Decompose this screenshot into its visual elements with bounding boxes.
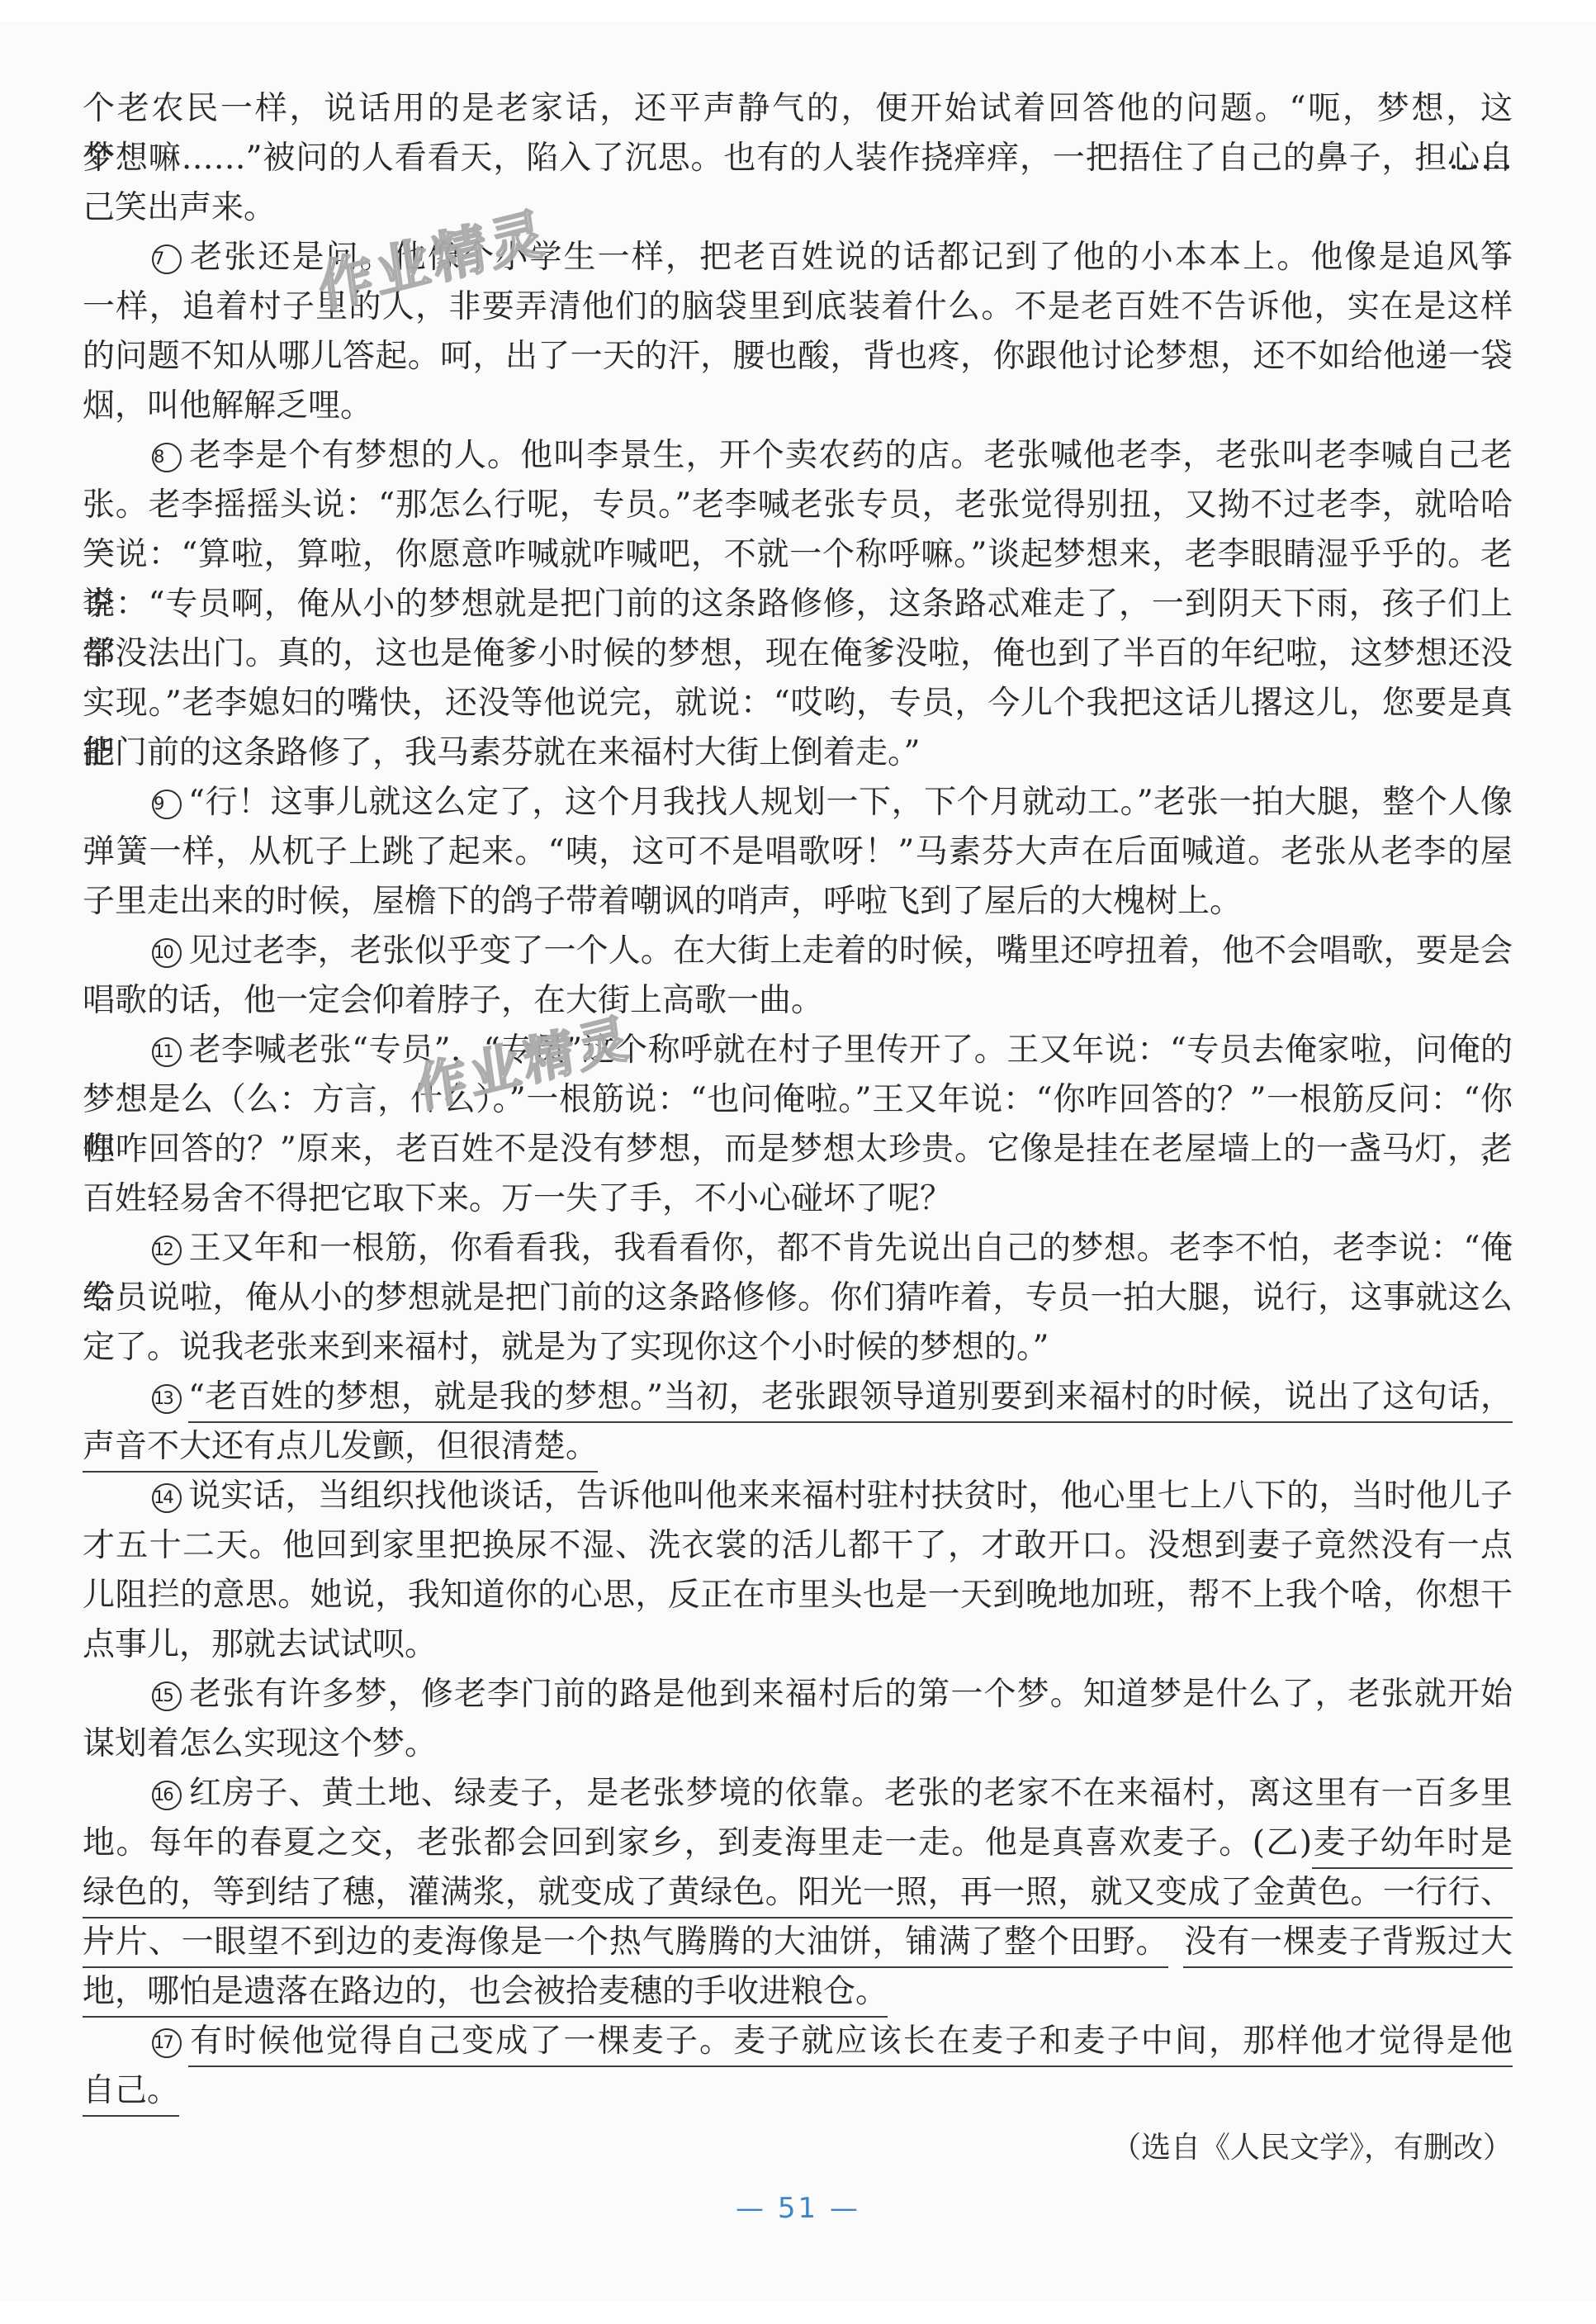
text-segment: 梦想嘛……”被问的人看看天，陷入了沉思。也有的人装作挠痒痒，一把捂住了自己的鼻子… xyxy=(83,140,1513,177)
text-segment: 老张有许多梦，修老李门前的路是他到来福村后的第一个梦。知道梦是什么了，老张就开始 xyxy=(188,1676,1513,1713)
text-line: 弹簧一样，从杌子上跳了起来。“咦，这可不是唱歌呀！”马素芬大声在后面喊道。老张从… xyxy=(83,828,1513,877)
text-line: 14说实话，当组织找他谈话，告诉他叫他来来福村驻村扶贫时，他心里七上八下的，当时… xyxy=(83,1472,1513,1521)
scanned-page: 作业精灵 作业精灵 个老农民一样，说话用的是老家话，还平声静气的，便开始试着回答… xyxy=(0,21,1596,2301)
source-attribution: （选自《人民文学》，有删改） xyxy=(1111,2124,1513,2166)
text-line: 12王又年和一根筋，你看看我，我看看你，都不肯先说出自己的梦想。老李不怕，老李说… xyxy=(83,1224,1513,1273)
text-line: 梦想是么（么：方言，什么）。”一根筋说：“也问俺啦。”王又年说：“你咋回答的？”… xyxy=(83,1075,1513,1125)
text-line: 11老李喊老张“专员”，“专员”这个称呼就在村子里传开了。王又年说：“专员去俺家… xyxy=(83,1026,1513,1075)
text-segment: 己笑出声来。 xyxy=(83,189,276,226)
text-line: 绿色的，等到结了穗，灌满浆，就变成了黄绿色。阳光一照，再一照，就又变成了金黄色。… xyxy=(83,1868,1513,1918)
underlined-text: 麦子幼年时是 xyxy=(1312,1824,1513,1869)
paragraph-number-badge: 15 xyxy=(152,1681,182,1711)
text-line: 15老张有许多梦，修老李门前的路是他到来福村后的第一个梦。知道梦是什么了，老张就… xyxy=(83,1670,1513,1719)
text-line: 百姓轻易舍不得把它取下来。万一失了手，不小心碰坏了呢？ xyxy=(83,1174,1513,1224)
text-segment: 的问题不知从哪儿答起。呵，出了一天的汗，腰也酸，背也疼，你跟他讨论梦想，还不如给… xyxy=(83,338,1513,375)
passage: 个老农民一样，说话用的是老家话，还平声静气的，便开始试着回答他的问题。“呃，梦想… xyxy=(83,84,1513,2116)
text-segment: 烟，叫他解解乏哩。 xyxy=(83,387,372,424)
underlined-text: “老百姓的梦想，就是我的梦想。”当初，老张跟领导道别要到来福村的时候，说出了这句… xyxy=(188,1378,1513,1423)
text-line: 8老李是个有梦想的人。他叫李景生，开个卖农药的店。老张喊他老李，老张叫老李喊自己… xyxy=(83,431,1513,481)
text-line: 声音不大还有点儿发颤，但很清楚。 xyxy=(83,1422,1513,1472)
text-line: 片片、一眼望不到边的麦海像是一个热气腾腾的大油饼，铺满了整个田野。没有一棵麦子背… xyxy=(83,1918,1513,1967)
underlined-text: 没有一棵麦子背叛过大 xyxy=(1183,1923,1513,1968)
text-segment: 才五十二天。他回到家里把换尿不湿、洗衣裳的活儿都干了，才敢开口。没想到妻子竟然没… xyxy=(83,1527,1513,1564)
text-line: 13“老百姓的梦想，就是我的梦想。”当初，老张跟领导道别要到来福村的时候，说出了… xyxy=(83,1373,1513,1422)
text-line: 9“行！这事儿就这么定了，这个月我找人规划一下，下个月就动工。”老张一拍大腿，整… xyxy=(83,778,1513,828)
text-segment: 都没法出门。真的，这也是俺爹小时候的梦想，现在俺爹没啦，俺也到了半百的年纪啦，这… xyxy=(83,635,1513,672)
text-segment: 百姓轻易舍不得把它取下来。万一失了手，不小心碰坏了呢？ xyxy=(83,1180,952,1217)
text-line: 烟，叫他解解乏哩。 xyxy=(83,382,1513,431)
text-segment: 一样，追着村子里的人，非要弄清他们的脑袋里到底装着什么。不是老百姓不告诉他，实在… xyxy=(83,288,1513,325)
paragraph-number-badge: 17 xyxy=(152,2028,182,2058)
text-segment: 儿阻拦的意思。她说，我知道你的心思，反正在市里头也是一天到晚地加班，帮不上我个啥… xyxy=(83,1577,1513,1614)
text-segment: 老李是个有梦想的人。他叫李景生，开个卖农药的店。老张喊他老李，老张叫老李喊自己老 xyxy=(188,437,1513,474)
text-line: 17有时候他觉得自己变成了一棵麦子。麦子就应该长在麦子和麦子中间，那样他才觉得是… xyxy=(83,2017,1513,2066)
text-segment: 点事儿，那就去试试呗。 xyxy=(83,1626,437,1663)
underlined-text: 片片、一眼望不到边的麦海像是一个热气腾腾的大油饼，铺满了整个田野。 xyxy=(83,1923,1168,1968)
text-line: 谋划着怎么实现这个梦。 xyxy=(83,1719,1513,1769)
text-segment: 你咋回答的？”原来，老百姓不是没有梦想，而是梦想太珍贵。它像是挂在老屋墙上的一盏… xyxy=(83,1131,1513,1168)
page-number: — 51 — xyxy=(0,2192,1596,2225)
text-segment: “行！这事儿就这么定了，这个月我找人规划一下，下个月就动工。”老张一拍大腿，整个… xyxy=(188,784,1513,821)
text-line: 的问题不知从哪儿答起。呵，出了一天的汗，腰也酸，背也疼，你跟他讨论梦想，还不如给… xyxy=(83,332,1513,382)
text-line: 己笑出声来。 xyxy=(83,183,1513,233)
text-line: 地，哪怕是遗落在路边的，也会被拾麦穗的手收进粮仓。 xyxy=(83,1967,1513,2017)
text-segment: 说实话，当组织找他谈话，告诉他叫他来来福村驻村扶贫时，他心里七上八下的，当时他儿… xyxy=(188,1477,1513,1515)
text-line: 唱歌的话，他一定会仰着脖子，在大街上高歌一曲。 xyxy=(83,976,1513,1026)
text-segment: 把门前的这条路修了，我马素芬就在来福村大街上倒着走。” xyxy=(83,734,920,771)
text-line: 点事儿，那就去试试呗。 xyxy=(83,1620,1513,1670)
text-line: 自己。 xyxy=(83,2066,1513,2116)
paragraph-number-badge: 8 xyxy=(152,443,182,472)
text-line: 梦想嘛……”被问的人看看天，陷入了沉思。也有的人装作挠痒痒，一把捂住了自己的鼻子… xyxy=(83,134,1513,183)
text-line: 一样，追着村子里的人，非要弄清他们的脑袋里到底装着什么。不是老百姓不告诉他，实在… xyxy=(83,282,1513,332)
text-line: 子里走出来的时候，屋檐下的鸽子带着嘲讽的哨声，呼啦飞到了屋后的大槐树上。 xyxy=(83,877,1513,927)
text-segment: 见过老李，老张似乎变了一个人。在大街上走着的时候，嘴里还哼扭着，他不会唱歌，要是… xyxy=(188,932,1513,970)
text-segment: 老张还是问。他像个小学生一样，把老百姓说的话都记到了他的小本本上。他像是追风筝 xyxy=(188,239,1513,276)
text-segment: 地。每年的春夏之交，老张都会回到家乡，到麦海里走一走。他是真喜欢麦子。(乙) xyxy=(83,1824,1312,1862)
text-segment: 老李喊老张“专员”，“专员”这个称呼就在村子里传开了。王又年说：“专员去俺家啦，… xyxy=(188,1032,1513,1069)
text-line: 你咋回答的？”原来，老百姓不是没有梦想，而是梦想太珍贵。它像是挂在老屋墙上的一盏… xyxy=(83,1125,1513,1174)
paragraph-number-badge: 14 xyxy=(152,1483,182,1513)
text-line: 张。老李摇摇头说：“那怎么行呢，专员。”老李喊老张专员，老张觉得别扭，又拗不过老… xyxy=(83,481,1513,530)
underlined-text: 声音不大还有点儿发颤，但很清楚。 xyxy=(83,1428,598,1473)
text-line: 儿阻拦的意思。她说，我知道你的心思，反正在市里头也是一天到晚地加班，帮不上我个啥… xyxy=(83,1571,1513,1620)
text-line: 个老农民一样，说话用的是老家话，还平声静气的，便开始试着回答他的问题。“呃，梦想… xyxy=(83,84,1513,134)
text-segment: 定了。说我老张来到来福村，就是为了实现你这个小时候的梦想的。” xyxy=(83,1329,1049,1366)
text-line: 7老张还是问。他像个小学生一样，把老百姓说的话都记到了他的小本本上。他像是追风筝 xyxy=(83,233,1513,282)
text-line: 定了。说我老张来到来福村，就是为了实现你这个小时候的梦想的。” xyxy=(83,1323,1513,1373)
text-line: 实现。”老李媳妇的嘴快，还没等他说完，就说：“哎哟，专员，今儿个我把这话儿撂这儿… xyxy=(83,679,1513,728)
underlined-text: 自己。 xyxy=(83,2072,179,2117)
text-segment: 唱歌的话，他一定会仰着脖子，在大街上高歌一曲。 xyxy=(83,982,823,1019)
paragraph-number-badge: 11 xyxy=(152,1037,182,1067)
text-line: 都没法出门。真的，这也是俺爹小时候的梦想，现在俺爹没啦，俺也到了半百的年纪啦，这… xyxy=(83,629,1513,679)
paragraph-number-badge: 10 xyxy=(152,938,182,968)
paragraph-number-badge: 7 xyxy=(152,244,182,274)
paragraph-number-badge: 13 xyxy=(152,1384,182,1414)
text-line: 地。每年的春夏之交，老张都会回到家乡，到麦海里走一走。他是真喜欢麦子。(乙)麦子… xyxy=(83,1819,1513,1868)
underlined-text: 有时候他觉得自己变成了一棵麦子。麦子就应该长在麦子和麦子中间，那样他才觉得是他 xyxy=(188,2023,1513,2067)
text-line: 才五十二天。他回到家里把换尿不湿、洗衣裳的活儿都干了，才敢开口。没想到妻子竟然没… xyxy=(83,1521,1513,1571)
paragraph-number-badge: 16 xyxy=(152,1781,182,1810)
text-line: 笑说：“算啦，算啦，你愿意咋喊就咋喊吧，不就一个称呼嘛。”谈起梦想来，老李眼睛湿… xyxy=(83,530,1513,580)
text-line: 专员说啦，俺从小的梦想就是把门前的这条路修修。你们猜咋着，专员一拍大腿，说行，这… xyxy=(83,1273,1513,1323)
text-segment: 子里走出来的时候，屋檐下的鸽子带着嘲讽的哨声，呼啦飞到了屋后的大槐树上。 xyxy=(83,883,1242,920)
text-line: 把门前的这条路修了，我马素芬就在来福村大街上倒着走。” xyxy=(83,728,1513,778)
text-segment: 弹簧一样，从杌子上跳了起来。“咦，这可不是唱歌呀！”马素芬大声在后面喊道。老张从… xyxy=(83,833,1513,870)
paragraph-number-badge: 9 xyxy=(152,790,182,819)
paragraph-number-badge: 12 xyxy=(152,1236,182,1265)
text-segment: 红房子、黄土地、绿麦子，是老张梦境的依靠。老张的老家不在来福村，离这里有一百多里 xyxy=(188,1775,1513,1812)
underlined-text: 地，哪怕是遗落在路边的，也会被拾麦穗的手收进粮仓。 xyxy=(83,1973,888,2018)
text-line: 16红房子、黄土地、绿麦子，是老张梦境的依靠。老张的老家不在来福村，离这里有一百… xyxy=(83,1769,1513,1819)
text-line: 10见过老李，老张似乎变了一个人。在大街上走着的时候，嘴里还哼扭着，他不会唱歌，… xyxy=(83,927,1513,976)
text-segment: 谋划着怎么实现这个梦。 xyxy=(83,1725,437,1762)
text-line: 说：“专员啊，俺从小的梦想就是把门前的这条路修修，这条路忒难走了，一到阴天下雨，… xyxy=(83,580,1513,629)
text-segment: 专员说啦，俺从小的梦想就是把门前的这条路修修。你们猜咋着，专员一拍大腿，说行，这… xyxy=(83,1279,1513,1316)
